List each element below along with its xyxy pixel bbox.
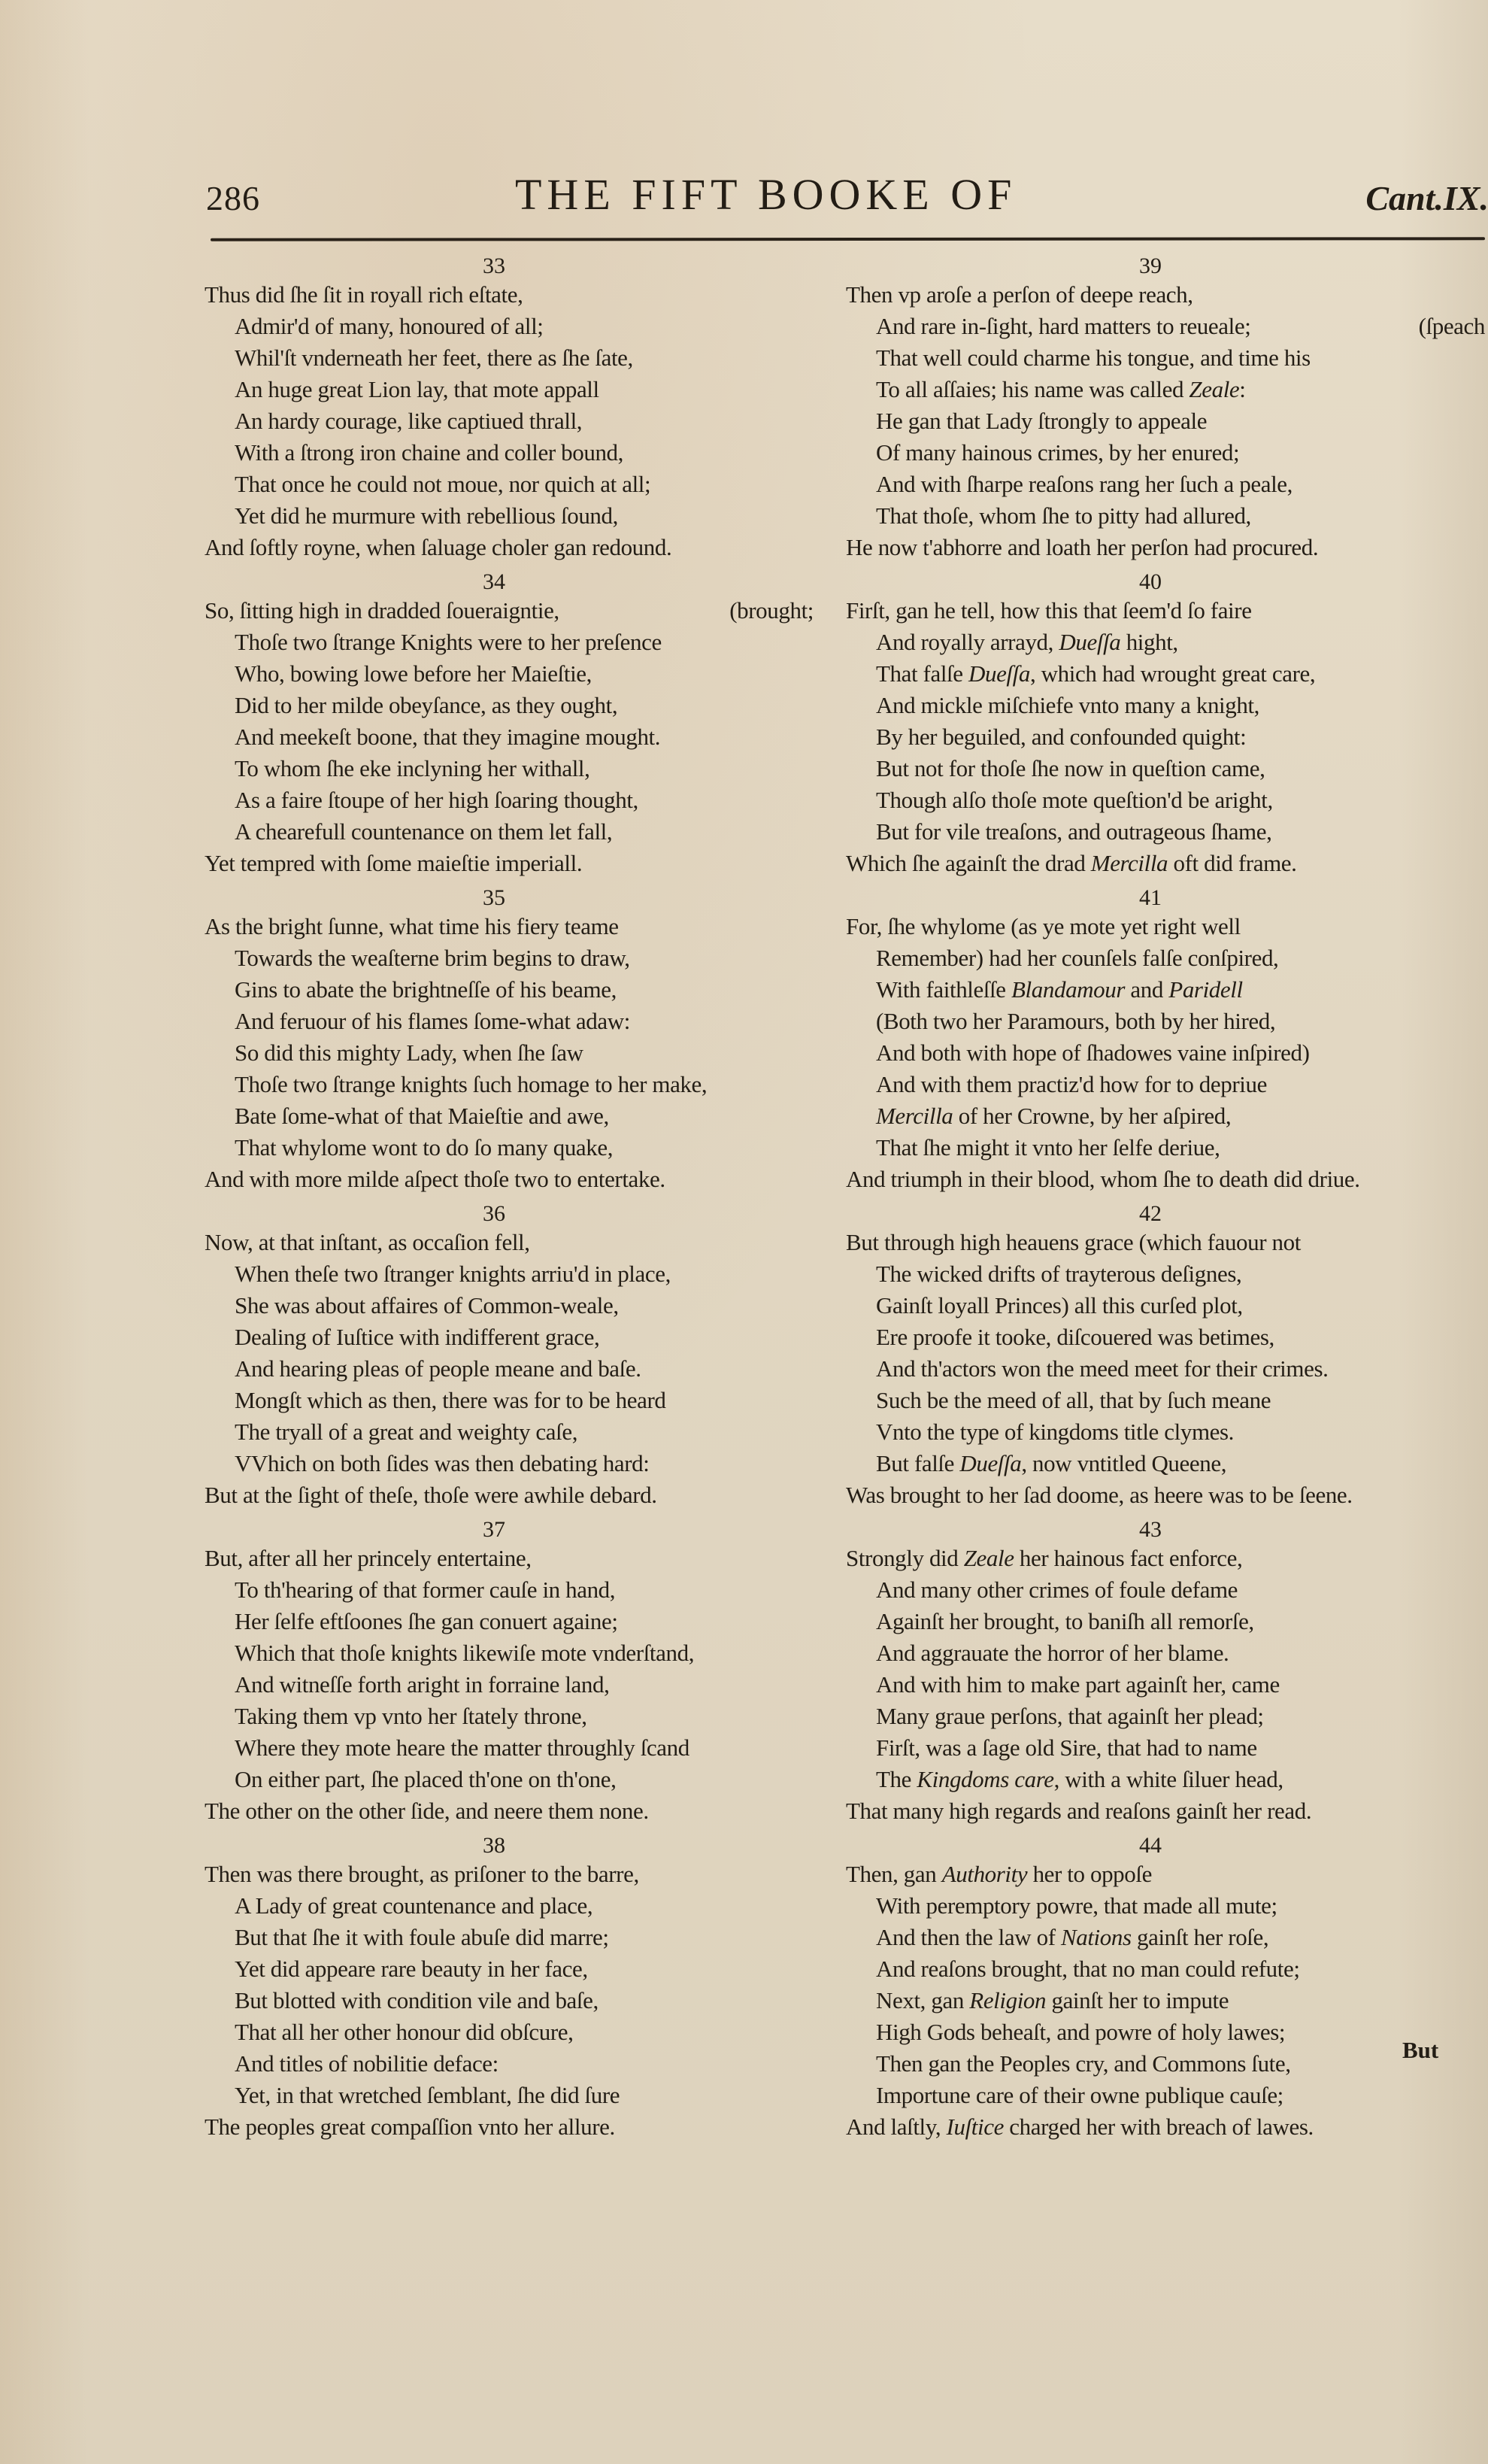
verse-line: Was brought to her ſad doome, as heere w… [846, 1479, 1485, 1511]
verse-text: And then the law of [876, 1924, 1061, 1950]
verse-line: Her ſelfe eftſoones ſhe gan conuert agai… [205, 1606, 814, 1637]
verse-line: That thoſe, whom ſhe to pitty had allure… [846, 500, 1485, 532]
stanza-number: 33 [205, 253, 814, 279]
verse-text: gainſt her to impute [1046, 1987, 1229, 2013]
verse-line: The peoples great compaſſion vnto her al… [205, 2111, 814, 2143]
stanza-number: 42 [846, 1201, 1485, 1227]
verse-line: Such be the meed of all, that by ſuch me… [846, 1385, 1485, 1416]
verse-line: And titles of nobilitie deface: [205, 2048, 814, 2080]
verse-line: And reaſons brought, that no man could r… [846, 1953, 1485, 1985]
verse-line: With a ſtrong iron chaine and coller bou… [205, 437, 814, 469]
verse-text: To all aſſaies; his name was called [876, 376, 1189, 402]
italic-name: Authority [942, 1861, 1028, 1887]
verse-line: And with him to make part againſt her, c… [846, 1669, 1485, 1701]
verse-text: , now vntitled Queene, [1021, 1450, 1226, 1476]
stanza-number: 41 [846, 885, 1485, 911]
stanza: 33Thus did ſhe ſit in royall rich eſtate… [205, 253, 814, 569]
verse-line: And rare in-ſight, hard matters to reuea… [846, 311, 1485, 342]
verse-text: her hainous fact enforce, [1014, 1545, 1243, 1571]
stanza-gap [205, 879, 814, 885]
verse-line: Thus did ſhe ſit in royall rich eſtate, [205, 279, 814, 311]
turnover-fragment: (ſpeach [1419, 311, 1485, 342]
stanza-gap [846, 1511, 1485, 1517]
italic-name: Iuſtice [947, 2114, 1004, 2140]
stanza-gap [205, 1511, 814, 1517]
stanza: 44Then, gan Authority her to oppoſeWith … [846, 1833, 1485, 2149]
verse-text: And laſtly, [846, 2114, 947, 2140]
stanza: 35As the bright ſunne, what time his fie… [205, 885, 814, 1201]
stanza-gap [205, 1195, 814, 1201]
stanza-gap [205, 563, 814, 569]
verse-line: And then the law of Nations gainſt her r… [846, 1922, 1485, 1953]
turnover-fragment: (brought; [729, 595, 814, 627]
stanza: 36Now, at that inſtant, as occaſion fell… [205, 1201, 814, 1517]
verse-line: Mercilla of her Crowne, by her aſpired, [846, 1100, 1485, 1132]
verse-line: Many graue perſons, that againſt her ple… [846, 1701, 1485, 1732]
verse-line: Yet tempred with ſome maieſtie imperiall… [205, 848, 814, 879]
verse-line: But not for thoſe ſhe now in queſtion ca… [846, 753, 1485, 784]
verse-line: But that ſhe it with foule abuſe did mar… [205, 1922, 814, 1953]
stanza-number: 40 [846, 569, 1485, 595]
verse-line: (Both two her Paramours, both by her hir… [846, 1006, 1485, 1037]
verse-line: That all her other honour did obſcure, [205, 2016, 814, 2048]
verse-line: And triumph in their blood, whom ſhe to … [846, 1164, 1485, 1195]
verse-text: With faithleſſe [876, 976, 1011, 1003]
verse-text: : [1239, 376, 1245, 402]
verse-line: But for vile treaſons, and outrageous ſh… [846, 816, 1485, 848]
verse-text: Next, gan [876, 1987, 969, 2013]
verse-text: gainſt her roſe, [1132, 1924, 1269, 1950]
verse-line: He gan that Lady ſtrongly to appeale [846, 405, 1485, 437]
italic-name: Paridell [1168, 976, 1242, 1003]
right-column: 39Then vp aroſe a perſon of deepe reach,… [846, 253, 1485, 2149]
verse-line: Yet did he murmure with rebellious ſound… [205, 500, 814, 532]
stanza-gap [846, 1827, 1485, 1833]
verse-text: charged her with breach of lawes. [1004, 2114, 1314, 2140]
stanza-number: 38 [205, 1833, 814, 1859]
verse-line: Then was there brought, as priſoner to t… [205, 1859, 814, 1890]
verse-line: And with them practiz'd how for to depri… [846, 1069, 1485, 1100]
stanza: 41For, ſhe whylome (as ye mote yet right… [846, 885, 1485, 1201]
verse-line: The tryall of a great and weighty caſe, [205, 1416, 814, 1448]
verse-line: With peremptory powre, that made all mut… [846, 1890, 1485, 1922]
verse-line: An huge great Lion lay, that mote appall [205, 374, 814, 405]
verse-line: Ere proofe it tooke, diſcouered was beti… [846, 1322, 1485, 1353]
verse-line: Which that thoſe knights likewiſe mote v… [205, 1637, 814, 1669]
italic-name: Dueſſa [1059, 629, 1120, 655]
verse-line: Next, gan Religion gainſt her to impute [846, 1985, 1485, 2016]
verse-line: And with more milde aſpect thoſe two to … [205, 1164, 814, 1195]
verse-line: Towards the weaſterne brim begins to dra… [205, 942, 814, 974]
verse-line: VVhich on both ſides was then debating h… [205, 1448, 814, 1479]
verse-line: Firſt, was a ſage old Sire, that had to … [846, 1732, 1485, 1764]
verse-line: And both with hope of ſhadowes vaine inſ… [846, 1037, 1485, 1069]
verse-line: And royally arrayd, Dueſſa hight, [846, 627, 1485, 658]
verse-line: And laſtly, Iuſtice charged her with bre… [846, 2111, 1485, 2143]
stanza-gap [205, 1827, 814, 1833]
verse-line: Taking them vp vnto her ſtately throne, [205, 1701, 814, 1732]
verse-line: Dealing of Iuſtice with indifferent grac… [205, 1322, 814, 1353]
verse-line: Then gan the Peoples cry, and Commons ſu… [846, 2048, 1485, 2080]
stanza: 37But, after all her princely entertaine… [205, 1517, 814, 1833]
verse-line: As the bright ſunne, what time his fiery… [205, 911, 814, 942]
verse-line: That once he could not moue, nor quich a… [205, 469, 814, 500]
stanza-number: 43 [846, 1517, 1485, 1543]
stanza-number: 44 [846, 1833, 1485, 1859]
verse-line: That falſe Dueſſa, which had wrought gre… [846, 658, 1485, 690]
verse-line: Importune care of their owne publique ca… [846, 2080, 1485, 2111]
verse-line: To th'hearing of that former cauſe in ha… [205, 1574, 814, 1606]
book-title: THE FIFT BOOKE OF [515, 169, 1017, 220]
verse-line: A Lady of great countenance and place, [205, 1890, 814, 1922]
verse-line: Where they mote heare the matter through… [205, 1732, 814, 1764]
italic-name: Nations [1061, 1924, 1132, 1950]
italic-name: Dueſſa [968, 660, 1030, 687]
verse-text: her to oppoſe [1027, 1861, 1152, 1887]
verse-line: But at the ſight of theſe, thoſe were aw… [205, 1479, 814, 1511]
verse-line: Mongſt which as then, there was for to b… [205, 1385, 814, 1416]
verse-line: That many high regards and reaſons gainſ… [846, 1795, 1485, 1827]
verse-line: Which ſhe againſt the drad Mercilla oft … [846, 848, 1485, 879]
verse-line: He now t'abhorre and loath her perſon ha… [846, 532, 1485, 563]
verse-line: To whom ſhe eke inclyning her withall, [205, 753, 814, 784]
verse-line: So did this mighty Lady, when ſhe ſaw [205, 1037, 814, 1069]
verse-line: Now, at that inſtant, as occaſion fell, [205, 1227, 814, 1258]
italic-name: Zeale [1189, 376, 1239, 402]
stanza-gap [846, 879, 1485, 885]
verse-line: That well could charme his tongue, and t… [846, 342, 1485, 374]
verse-line: Gins to abate the brightneſſe of his bea… [205, 974, 814, 1006]
canto-label: Cant.IX. [1365, 178, 1488, 218]
italic-name: Mercilla [1091, 850, 1168, 876]
verse-text: , which had wrought great care, [1030, 660, 1315, 687]
verse-text: But falſe [876, 1450, 959, 1476]
italic-name: Blandamour [1011, 976, 1125, 1003]
stanza: 43Strongly did Zeale her hainous fact en… [846, 1517, 1485, 1833]
verse-line: And feruour of his flames ſome-what adaw… [205, 1006, 814, 1037]
verse-line: With faithleſſe Blandamour and Paridell [846, 974, 1485, 1006]
verse-line: But falſe Dueſſa, now vntitled Queene, [846, 1448, 1485, 1479]
verse-text: So, ſitting high in dradded ſoueraigntie… [205, 597, 559, 624]
verse-line: Then, gan Authority her to oppoſe [846, 1859, 1485, 1890]
verse-line: The Kingdoms care, with a white ſiluer h… [846, 1764, 1485, 1795]
stanza-number: 39 [846, 253, 1485, 279]
verse-line: As a faire ſtoupe of her high ſoaring th… [205, 784, 814, 816]
verse-line: To all aſſaies; his name was called Zeal… [846, 374, 1485, 405]
verse-line: Thoſe two ſtrange knights ſuch homage to… [205, 1069, 814, 1100]
verse-line: Admir'd of many, honoured of all; [205, 311, 814, 342]
verse-line: And ſoftly royne, when ſaluage choler ga… [205, 532, 814, 563]
verse-line: And witneſſe forth aright in forraine la… [205, 1669, 814, 1701]
verse-line: Yet, in that wretched ſemblant, ſhe did … [205, 2080, 814, 2111]
page-number: 286 [206, 178, 260, 218]
italic-name: Dueſſa [959, 1450, 1021, 1476]
verse-line: That whylome wont to do ſo many quake, [205, 1132, 814, 1164]
verse-line: So, ſitting high in dradded ſoueraigntie… [205, 595, 814, 627]
verse-line: And th'actors won the meed meet for thei… [846, 1353, 1485, 1385]
verse-line: An hardy courage, like captiued thrall, [205, 405, 814, 437]
verse-text: And rare in-ſight, hard matters to reuea… [876, 313, 1250, 339]
verse-text: Which ſhe againſt the drad [846, 850, 1091, 876]
italic-name: Mercilla [876, 1103, 953, 1129]
stanza-number: 34 [205, 569, 814, 595]
stanza-gap [846, 2143, 1485, 2149]
stanza: 40Firſt, gan he tell, how this that ſeem… [846, 569, 1485, 885]
verse-line: High Gods beheaſt, and powre of holy law… [846, 2016, 1485, 2048]
stanza: 39Then vp aroſe a perſon of deepe reach,… [846, 253, 1485, 569]
verse-line: By her beguiled, and confounded quight: [846, 721, 1485, 753]
verse-line: The wicked drifts of trayterous deſignes… [846, 1258, 1485, 1290]
verse-line: When theſe two ſtranger knights arriu'd … [205, 1258, 814, 1290]
italic-name: Kingdoms care [917, 1766, 1053, 1792]
verse-line: Who, bowing lowe before her Maieſtie, [205, 658, 814, 690]
verse-line: Bate ſome-what of that Maieſtie and awe, [205, 1100, 814, 1132]
catchword: But [1402, 2037, 1438, 2064]
verse-text: of her Crowne, by her aſpired, [953, 1103, 1231, 1129]
verse-text: , with a white ſiluer head, [1054, 1766, 1283, 1792]
verse-line: Firſt, gan he tell, how this that ſeem'd… [846, 595, 1485, 627]
verse-line: Then vp aroſe a perſon of deepe reach, [846, 279, 1485, 311]
verse-line: That ſhe might it vnto her ſelfe deriue, [846, 1132, 1485, 1164]
verse-line: Gainſt loyall Princes) all this curſed p… [846, 1290, 1485, 1322]
verse-text: Strongly did [846, 1545, 964, 1571]
verse-line: Whil'ſt vnderneath her feet, there as ſh… [205, 342, 814, 374]
verse-line: The other on the other ſide, and neere t… [205, 1795, 814, 1827]
verse-text: The [876, 1766, 917, 1792]
verse-line: Thoſe two ſtrange Knights were to her pr… [205, 627, 814, 658]
verse-line: And aggrauate the horror of her blame. [846, 1637, 1485, 1669]
stanza-gap [846, 1195, 1485, 1201]
verse-text: hight, [1120, 629, 1177, 655]
verse-line: And mickle miſchiefe vnto many a knight, [846, 690, 1485, 721]
verse-line: Strongly did Zeale her hainous fact enfo… [846, 1543, 1485, 1574]
verse-line: And with ſharpe reaſons rang her ſuch a … [846, 469, 1485, 500]
running-head: 286 THE FIFT BOOKE OF Cant.IX. [203, 169, 1488, 222]
verse-line: And hearing pleas of people meane and ba… [205, 1353, 814, 1385]
stanza-gap [846, 563, 1485, 569]
stanza-number: 37 [205, 1517, 814, 1543]
verse-line: She was about affaires of Common-weale, [205, 1290, 814, 1322]
verse-line: Did to her milde obeyſance, as they ough… [205, 690, 814, 721]
verse-line: But through high heauens grace (which fa… [846, 1227, 1485, 1258]
verse-line: But, after all her princely entertaine, [205, 1543, 814, 1574]
verse-line: And meekeſt boone, that they imagine mou… [205, 721, 814, 753]
verse-line: Of many hainous crimes, by her enured; [846, 437, 1485, 469]
stanza-number: 36 [205, 1201, 814, 1227]
italic-name: Religion [969, 1987, 1046, 2013]
verse-text: And royally arrayd, [876, 629, 1059, 655]
verse-line: Yet did appeare rare beauty in her face, [205, 1953, 814, 1985]
stanza: 38Then was there brought, as priſoner to… [205, 1833, 814, 2149]
verse-line: Againſt her brought, to baniſh all remor… [846, 1606, 1485, 1637]
verse-line: A chearefull countenance on them let fal… [205, 816, 814, 848]
verse-line: And many other crimes of foule defame [846, 1574, 1485, 1606]
verse-text: That falſe [876, 660, 968, 687]
verse-line: Vnto the type of kingdoms title clymes. [846, 1416, 1485, 1448]
stanza-number: 35 [205, 885, 814, 911]
verse-line: But blotted with condition vile and baſe… [205, 1985, 814, 2016]
verse-line: For, ſhe whylome (as ye mote yet right w… [846, 911, 1485, 942]
stanza: 34So, ſitting high in dradded ſoueraignt… [205, 569, 814, 885]
left-column: 33Thus did ſhe ſit in royall rich eſtate… [205, 253, 814, 2149]
verse-text: oft did frame. [1168, 850, 1296, 876]
book-page: 286 THE FIFT BOOKE OF Cant.IX. 33Thus di… [0, 0, 1488, 2464]
verse-line: On either part, ſhe placed th'one on th'… [205, 1764, 814, 1795]
header-rule [211, 237, 1485, 241]
stanza: 42But through high heauens grace (which … [846, 1201, 1485, 1517]
verse-text: Then, gan [846, 1861, 942, 1887]
stanza-gap [205, 2143, 814, 2149]
verse-text: and [1125, 976, 1168, 1003]
verse-line: Remember) had her counſels falſe conſpir… [846, 942, 1485, 974]
verse-line: Though alſo thoſe mote queſtion'd be ari… [846, 784, 1485, 816]
italic-name: Zeale [964, 1545, 1014, 1571]
